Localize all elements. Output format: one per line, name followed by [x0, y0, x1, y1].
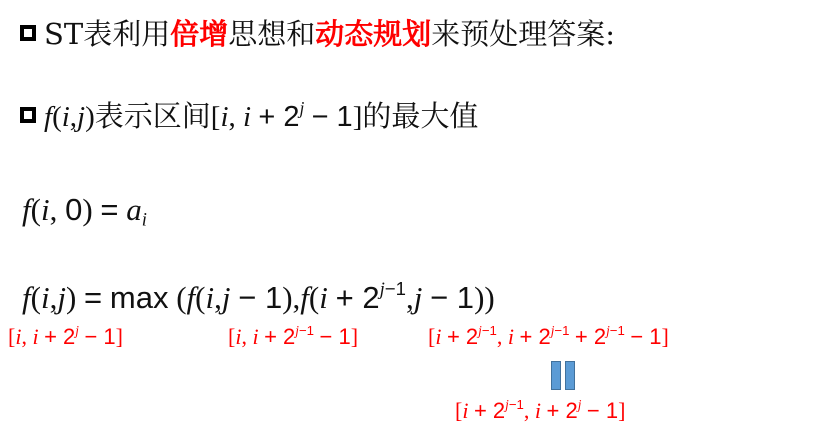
- annotation-right-half-expanded: [i + 2j−1, i + 2j−1 + 2j−1 − 1]: [428, 324, 669, 350]
- annotation-left-half: [i, i + 2j−1 − 1]: [228, 324, 358, 350]
- equals-bar-right: [565, 361, 575, 390]
- math-interval: [i, i + 2j − 1]: [211, 101, 363, 133]
- intro-text-3: 来预处理答案:: [431, 17, 615, 51]
- definition-text-mid: 表示区间: [95, 99, 211, 133]
- vertical-equals-icon: [551, 361, 577, 391]
- square-bullet-icon: [20, 25, 36, 41]
- formula-base-case: f(i, 0) = ai: [22, 192, 147, 228]
- intro-text-2: 思想和: [228, 17, 315, 51]
- annotation-right-half-simplified: [i + 2j−1, i + 2j − 1]: [455, 398, 625, 424]
- square-bullet-icon: [20, 107, 36, 123]
- bullet-st-table-intro: ST表利用倍增思想和动态规划来预处理答案:: [20, 12, 615, 53]
- definition-text-end: 的最大值: [362, 99, 478, 133]
- annotation-full-interval: [i, i + 2j − 1]: [8, 324, 123, 350]
- formula-recurrence: f(i,j) = max (f(i,j − 1),f(i + 2j−1,j − …: [22, 280, 495, 316]
- intro-text-1: ST表利用: [44, 17, 170, 51]
- bullet-f-definition: f(i,j)表示区间[i, i + 2j − 1]的最大值: [20, 94, 478, 135]
- math-f-ij: f(i,j): [44, 101, 95, 133]
- equals-bar-left: [551, 361, 561, 390]
- highlight-dynamic-programming: 动态规划: [315, 17, 431, 51]
- highlight-doubling: 倍增: [170, 17, 228, 51]
- max-operator: max: [110, 280, 169, 315]
